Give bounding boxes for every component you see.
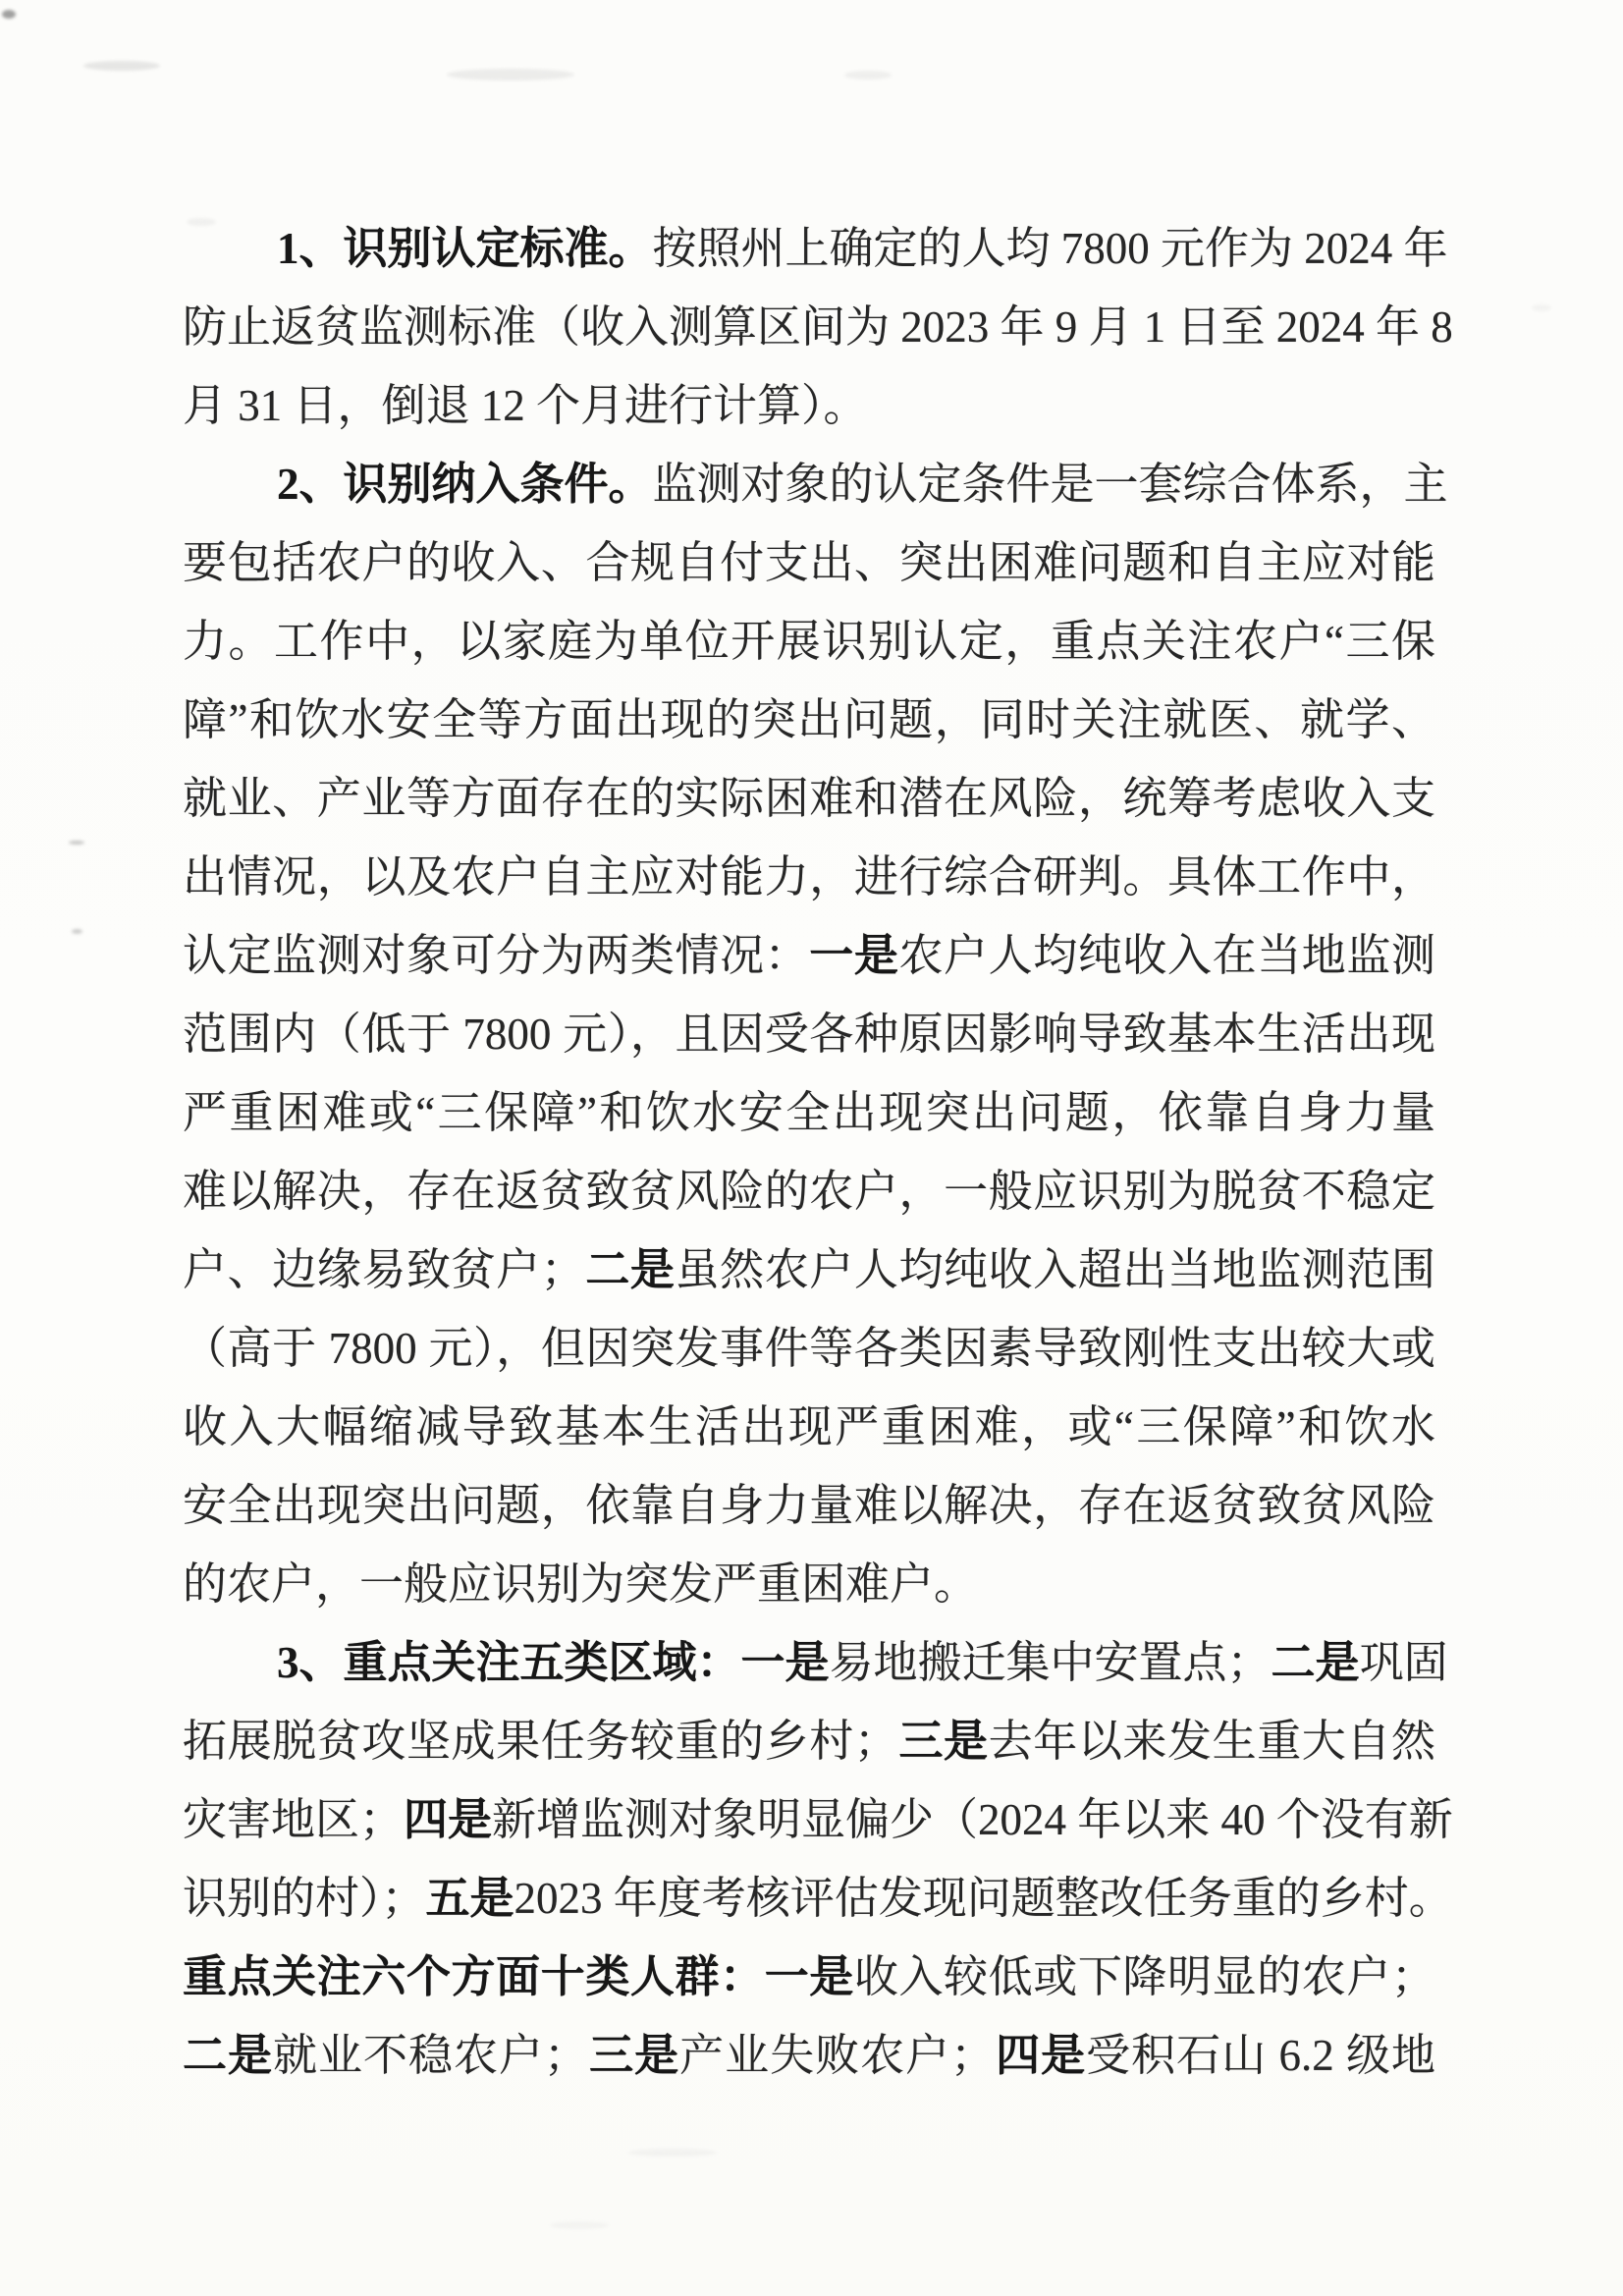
emphasis-text: 三是 (898, 1717, 989, 1766)
body-text: 按照州上确定的人均 7800 元作为 2024 年 (653, 224, 1448, 273)
text-line: 安全出现突出问题，依靠自身力量难以解决，存在返贫致贫风险 (183, 1466, 1435, 1545)
scan-artifact (844, 71, 892, 80)
body-text: 户、边缘易致贫户； (183, 1245, 585, 1294)
text-line: 二是就业不稳农户；三是产业失败农户；四是受积石山 6.2 级地 (183, 2016, 1435, 2095)
text-line: 力。工作中，以家庭为单位开展识别认定，重点关注农户“三保 (183, 602, 1435, 681)
body-text: 要包括农户的收入、合规自付支出、突出困难问题和自主应对能 (183, 538, 1435, 587)
body-text: 严重困难或“三保障”和饮水安全出现突出问题，依靠自身力量 (183, 1088, 1435, 1137)
body-text: 拓展脱贫攻坚成果任务较重的乡村； (183, 1717, 898, 1766)
scanned-page: 1、识别认定标准。按照州上确定的人均 7800 元作为 2024 年防止返贫监测… (0, 0, 1623, 2296)
scan-artifact (2, 10, 16, 19)
emphasis-text: 重点关注六个方面十类人群： (183, 1952, 765, 2001)
text-line: 障”和饮水安全等方面出现的突出问题，同时关注就医、就学、 (183, 681, 1435, 759)
text-line: 户、边缘易致贫户；二是虽然农户人均纯收入超出当地监测范围 (183, 1230, 1435, 1309)
body-text: 虽然农户人均纯收入超出当地监测范围 (676, 1245, 1435, 1294)
emphasis-text: 三是 (588, 2031, 679, 2080)
body-text: 的农户，一般应识别为突发严重困难户。 (183, 1559, 978, 1609)
body-text: 灾害地区； (183, 1795, 404, 1844)
text-line: 严重困难或“三保障”和饮水安全出现突出问题，依靠自身力量 (183, 1073, 1435, 1152)
text-line: 就业、产业等方面存在的实际困难和潜在风险，统筹考虑收入支 (183, 759, 1435, 838)
body-text: 力。工作中，以家庭为单位开展识别认定，重点关注农户“三保 (183, 617, 1435, 666)
body-text: 防止返贫监测标准（收入测算区间为 2023 年 9 月 1 日至 2024 年 … (183, 302, 1453, 352)
body-text: 监测对象的认定条件是一套综合体系，主 (653, 460, 1448, 509)
text-line: 范围内（低于 7800 元），且因受各种原因影响导致基本生活出现 (183, 995, 1435, 1073)
emphasis-text: 1、识别认定标准。 (277, 224, 653, 273)
body-text: 就业不稳农户； (273, 2031, 588, 2080)
emphasis-text: 五是 (426, 1874, 514, 1923)
text-line: 难以解决，存在返贫致贫风险的农户，一般应识别为脱贫不稳定 (183, 1152, 1435, 1230)
body-text: 新增监测对象明显偏少（2024 年以来 40 个没有新 (492, 1795, 1453, 1844)
body-text: 巩固 (1360, 1638, 1448, 1687)
text-line: （高于 7800 元），但因突发事件等各类因素导致刚性支出较大或 (183, 1309, 1435, 1388)
body-text: 认定监测对象可分为两类情况： (183, 931, 809, 980)
text-line: 拓展脱贫攻坚成果任务较重的乡村；三是去年以来发生重大自然 (183, 1702, 1435, 1780)
text-line: 收入大幅缩减导致基本生活出现严重困难，或“三保障”和饮水 (183, 1388, 1435, 1466)
body-text: 月 31 日，倒退 12 个月进行计算）。 (183, 381, 868, 430)
text-line: 出情况，以及农户自主应对能力，进行综合研判。具体工作中， (183, 838, 1435, 916)
scan-artifact (447, 69, 574, 81)
text-line: 防止返贫监测标准（收入测算区间为 2023 年 9 月 1 日至 2024 年 … (183, 288, 1435, 366)
scan-artifact (628, 2149, 717, 2157)
emphasis-text: 二是 (585, 1245, 676, 1294)
scan-artifact (550, 2221, 609, 2229)
body-text: 难以解决，存在返贫致贫风险的农户，一般应识别为脱贫不稳定 (183, 1167, 1435, 1216)
text-line: 的农户，一般应识别为突发严重困难户。 (183, 1545, 1435, 1623)
text-line: 重点关注六个方面十类人群：一是收入较低或下降明显的农户； (183, 1938, 1435, 2016)
body-text: 障”和饮水安全等方面出现的突出问题，同时关注就医、就学、 (183, 695, 1435, 744)
body-text: 收入较低或下降明显的农户； (854, 1952, 1435, 2001)
body-text: 安全出现突出问题，依靠自身力量难以解决，存在返贫致贫风险 (183, 1481, 1435, 1530)
text-line: 认定监测对象可分为两类情况：一是农户人均纯收入在当地监测 (183, 916, 1435, 995)
text-line: 1、识别认定标准。按照州上确定的人均 7800 元作为 2024 年 (183, 209, 1435, 288)
document-body: 1、识别认定标准。按照州上确定的人均 7800 元作为 2024 年防止返贫监测… (183, 209, 1435, 2095)
body-text: 2023 年度考核评估发现问题整改任务重的乡村。 (514, 1874, 1453, 1923)
text-line: 灾害地区；四是新增监测对象明显偏少（2024 年以来 40 个没有新 (183, 1780, 1435, 1859)
text-line: 要包括农户的收入、合规自付支出、突出困难问题和自主应对能 (183, 523, 1435, 602)
emphasis-text: 四是 (995, 2031, 1086, 2080)
scan-artifact (1532, 304, 1551, 311)
emphasis-text: 3、重点关注五类区域： (277, 1638, 741, 1687)
text-line: 2、识别纳入条件。监测对象的认定条件是一套综合体系，主 (183, 445, 1435, 523)
text-line: 识别的村）；五是2023 年度考核评估发现问题整改任务重的乡村。 (183, 1859, 1435, 1938)
body-text: 识别的村）； (183, 1874, 426, 1923)
emphasis-text: 二是 (1271, 1638, 1360, 1687)
emphasis-text: 二是 (183, 2031, 273, 2080)
body-text: 农户人均纯收入在当地监测 (898, 931, 1435, 980)
body-text: 受积石山 6.2 级地 (1086, 2031, 1435, 2080)
scan-artifact (72, 929, 82, 934)
body-text: 易地搬迁集中安置点； (830, 1638, 1271, 1687)
emphasis-text: 一是 (765, 1952, 854, 2001)
scan-artifact (83, 61, 160, 71)
body-text: 就业、产业等方面存在的实际困难和潜在风险，统筹考虑收入支 (183, 774, 1435, 823)
body-text: 出情况，以及农户自主应对能力，进行综合研判。具体工作中， (183, 852, 1435, 902)
body-text: 去年以来发生重大自然 (989, 1717, 1435, 1766)
scan-artifact (69, 841, 84, 845)
emphasis-text: 一是 (809, 931, 898, 980)
emphasis-text: 一是 (741, 1638, 830, 1687)
text-line: 月 31 日，倒退 12 个月进行计算）。 (183, 366, 1435, 445)
emphasis-text: 四是 (404, 1795, 492, 1844)
emphasis-text: 2、识别纳入条件。 (277, 460, 653, 509)
body-text: 收入大幅缩减导致基本生活出现严重困难，或“三保障”和饮水 (183, 1402, 1435, 1451)
text-line: 3、重点关注五类区域：一是易地搬迁集中安置点；二是巩固 (183, 1623, 1435, 1702)
body-text: （高于 7800 元），但因突发事件等各类因素导致刚性支出较大或 (183, 1324, 1435, 1373)
body-text: 产业失败农户； (679, 2031, 995, 2080)
body-text: 范围内（低于 7800 元），且因受各种原因影响导致基本生活出现 (183, 1010, 1435, 1059)
